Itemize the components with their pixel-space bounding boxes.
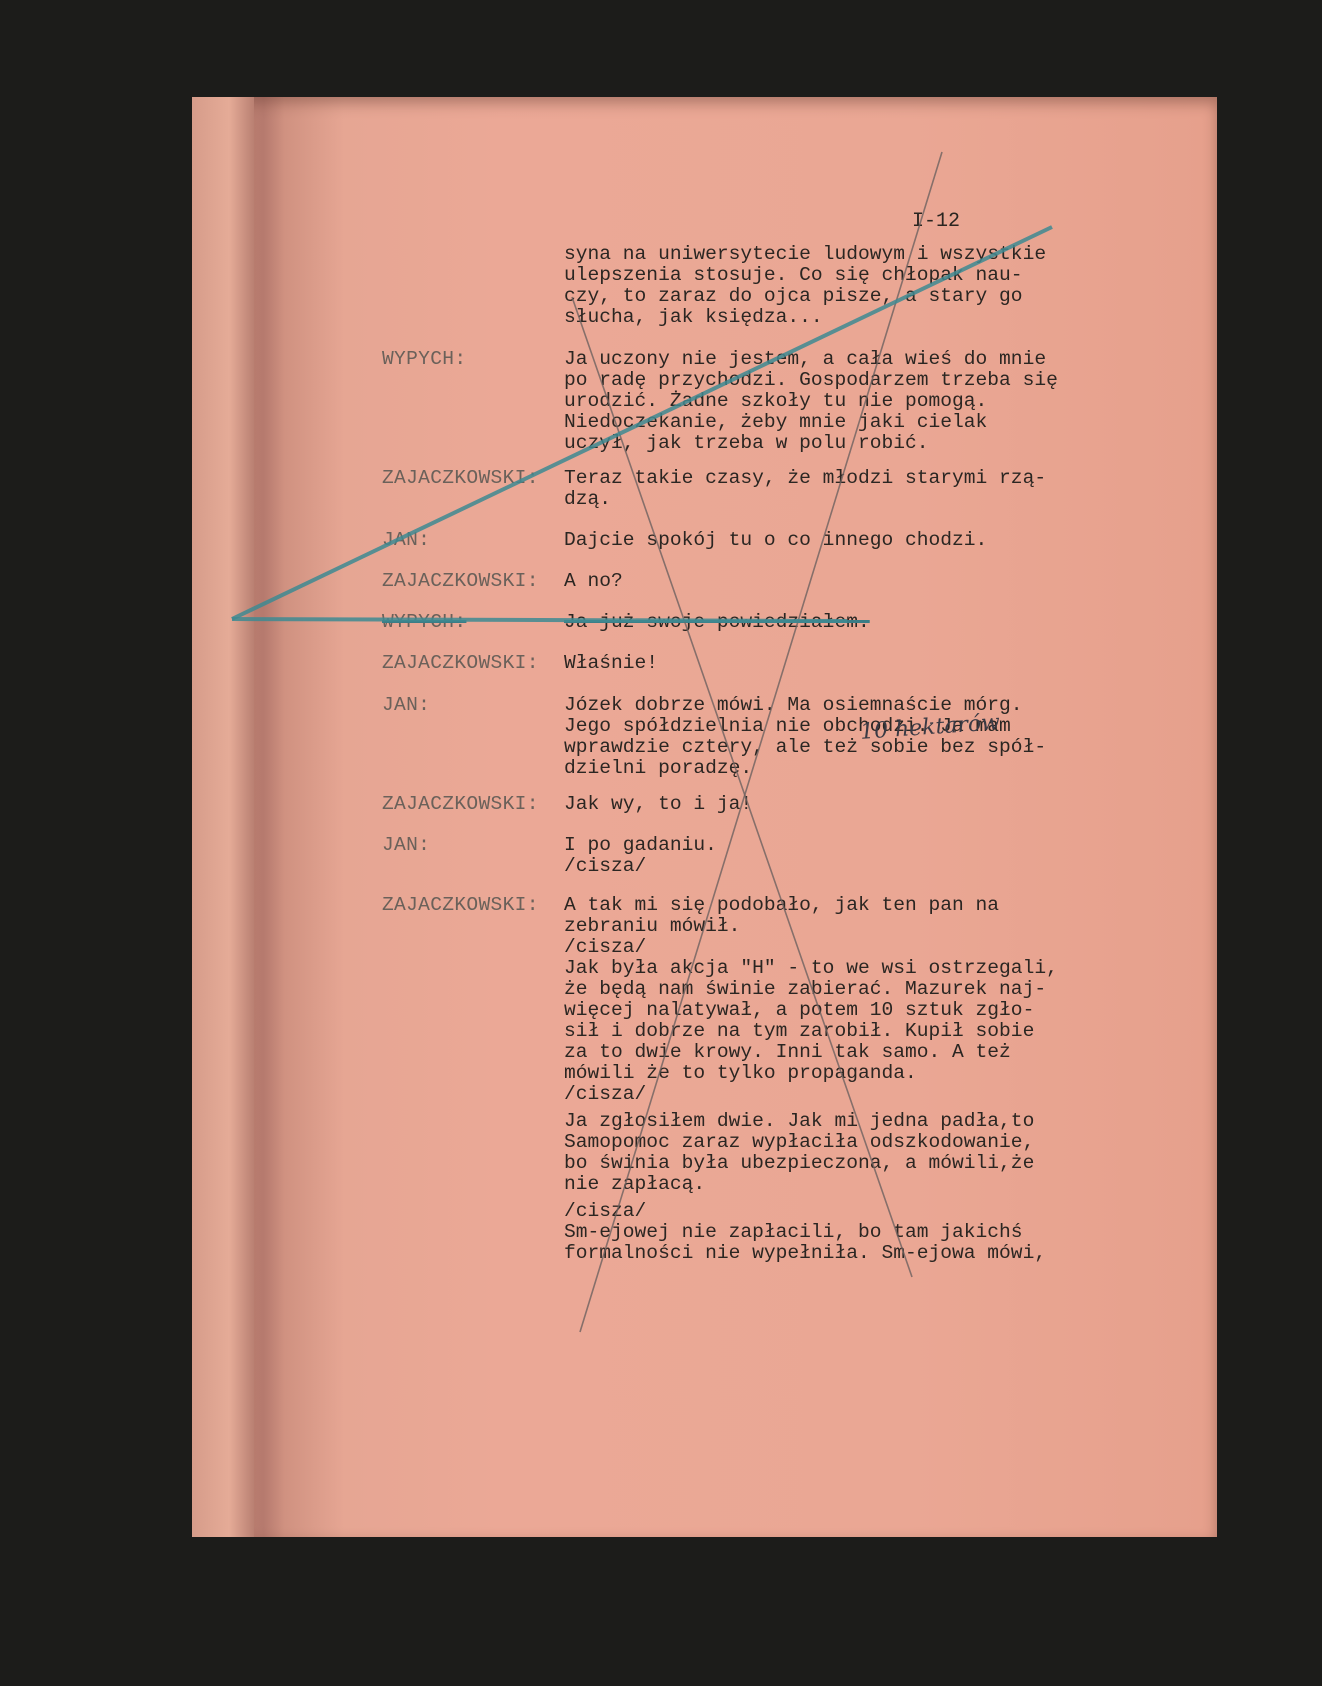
dialogue-line: Sm-ejowej nie zapłacili, bo tam jakichś (564, 1221, 1023, 1243)
typescript-page: I-12 syna na uniwersytecie ludowym i wsz… (192, 97, 1217, 1537)
dialogue-line: Ja już swoje powiedziałem. (564, 611, 870, 633)
script-body: syna na uniwersytecie ludowym i wszystki… (192, 97, 1217, 1537)
speaker-name: ZAJACZKOWSKI: (382, 570, 539, 592)
dialogue-line: /cisza/ (564, 936, 646, 958)
dialogue-line: Dajcie spokój tu o co innego chodzi. (564, 529, 987, 551)
dialogue-line: nie zapłacą. (564, 1173, 705, 1195)
dialogue-line: ulepszenia stosuje. Co się chłopak nau- (564, 264, 1023, 286)
dialogue-line: dzą. (564, 488, 611, 510)
dialogue-line: za to dwie krowy. Inni tak samo. A też (564, 1041, 1011, 1063)
dialogue-line: mówili że to tylko propaganda. (564, 1062, 917, 1084)
dialogue-line: Teraz takie czasy, że młodzi starymi rzą… (564, 467, 1046, 489)
dialogue-line: zebraniu mówił. (564, 915, 740, 937)
dialogue-line: I po gadaniu. (564, 834, 717, 856)
dialogue-line: Właśnie! (564, 652, 658, 674)
speaker-name: ZAJACZKOWSKI: (382, 793, 539, 815)
dialogue-line: uczył, jak trzeba w polu robić. (564, 432, 929, 454)
speaker-name: JAN: (382, 834, 430, 856)
dialogue-line: /cisza/ (564, 1083, 646, 1105)
dialogue-line: słucha, jak księdza... (564, 306, 823, 328)
speaker-name: ZAJACZKOWSKI: (382, 652, 539, 674)
speaker-name: WYPYCH: (382, 611, 466, 633)
dialogue-line: formalności nie wypełniła. Sm-ejowa mówi… (564, 1242, 1046, 1264)
dialogue-line: /cisza/ (564, 855, 646, 877)
dialogue-line: dzielni poradzę. (564, 757, 752, 779)
dialogue-line: urodzić. Żadne szkoły tu nie pomogą. (564, 390, 987, 412)
dialogue-line: A no? (564, 570, 623, 592)
dialogue-line: sił i dobrze na tym zarobił. Kupił sobie (564, 1020, 1034, 1042)
dialogue-line: Jak była akcja "H" - to we wsi ostrzegal… (564, 957, 1058, 979)
speaker-name: ZAJACZKOWSKI: (382, 467, 539, 489)
speaker-name: JAN: (382, 529, 430, 551)
dialogue-line: Samopomoc zaraz wypłaciła odszkodowanie, (564, 1131, 1034, 1153)
speaker-name: ZAJACZKOWSKI: (382, 894, 539, 916)
dialogue-line: że będą nam świnie zabierać. Mazurek naj… (564, 978, 1046, 1000)
dialogue-line: syna na uniwersytecie ludowym i wszystki… (564, 243, 1046, 265)
dialogue-line: Ja uczony nie jestem, a cała wieś do mni… (564, 348, 1046, 370)
dialogue-line: po radę przychodzi. Gospodarzem trzeba s… (564, 369, 1058, 391)
dialogue-line: /cisza/ (564, 1200, 646, 1222)
dialogue-line: Niedoczekanie, żeby mnie jaki cielak (564, 411, 987, 433)
speaker-name: JAN: (382, 694, 430, 716)
dialogue-line: Ja zgłosiłem dwie. Jak mi jedna padła,to (564, 1110, 1034, 1132)
dialogue-line: czy, to zaraz do ojca pisze, a stary go (564, 285, 1023, 307)
dialogue-line: Jak wy, to i ja! (564, 793, 752, 815)
dialogue-line: bo świnia była ubezpieczona, a mówili,że (564, 1152, 1034, 1174)
dialogue-line: wprawdzie cztery, ale też sobie bez spół… (564, 736, 1046, 758)
speaker-name: WYPYCH: (382, 348, 466, 370)
dialogue-line: A tak mi się podobało, jak ten pan na (564, 894, 999, 916)
dialogue-line: więcej nalatywał, a potem 10 sztuk zgło- (564, 999, 1034, 1021)
